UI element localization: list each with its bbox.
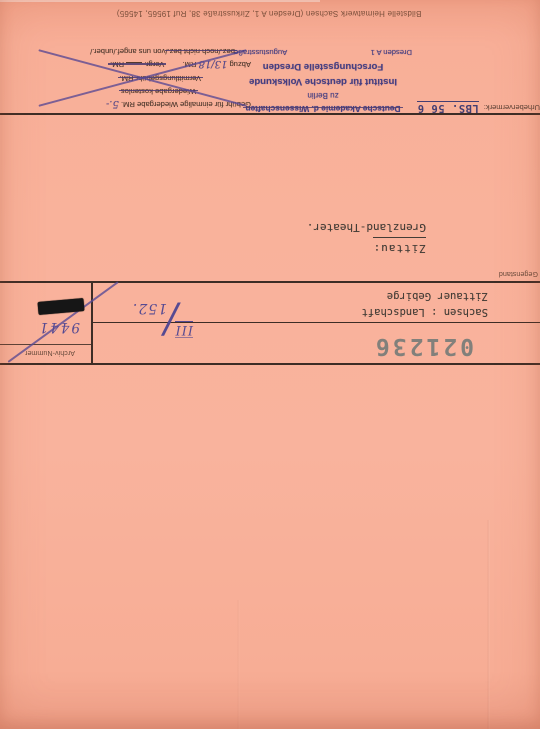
institution-stamp: Deutsche Akademie d. Wissenschaften zu B… xyxy=(232,30,414,116)
imprint-line: Bildstelle Heimatwerk Sachsen (Dresden A… xyxy=(78,6,460,21)
stamp-line-forschungsstelle: Forschungsstelle Dresden xyxy=(232,59,414,74)
cancellation-x-mark xyxy=(35,42,250,112)
subject-place: Zittau: xyxy=(373,237,426,258)
classification-block: Sachsen : Landschaft Zittauer Gebirge xyxy=(320,283,488,320)
paper-crease-left xyxy=(237,600,240,729)
divider-rule-bottom xyxy=(0,363,540,365)
imprint-line-wrapper: Bildstelle Heimatwerk Sachsen (Dresden A… xyxy=(78,6,460,21)
stamp-line-zu-berlin: zu Berlin xyxy=(232,89,414,101)
stamp-line-institut: Institut für deutsche Volkskunde xyxy=(232,74,414,89)
archive-number-stamp: 021236 xyxy=(352,327,474,359)
stamp-line-address: Dresden A 1 Augustusstraße xyxy=(232,45,414,59)
file-ref-handwritten-wrapper: III / 152. xyxy=(100,286,225,352)
scan-edge-highlight xyxy=(0,0,320,2)
stamp-city: Dresden A 1 xyxy=(371,45,412,59)
urheber-value: LBS. 56 6 xyxy=(417,101,478,114)
stamp-street: Augustusstraße xyxy=(234,45,287,59)
archiv-nummer-label: Archiv-Nummer xyxy=(10,346,90,358)
file-ref-roman: III xyxy=(175,322,193,339)
file-ref-number: 152. xyxy=(132,300,167,316)
stamp-line-akademie: Deutsche Akademie d. Wissenschaften xyxy=(232,101,414,116)
archiv-label-wrapper: Archiv-Nummer xyxy=(10,346,90,358)
subject-block: Zittau: Grenzland-Theater. xyxy=(296,212,426,258)
classification-line-2: Zittauer Gebirge xyxy=(320,288,488,304)
classification-line-1: Sachsen : Landschaft xyxy=(320,304,488,320)
subject-title: Grenzland-Theater. xyxy=(296,217,426,237)
archive-index-card: Bildstelle Heimatwerk Sachsen (Dresden A… xyxy=(0,0,540,729)
gegenstand-label-wrapper: Gegenstand xyxy=(486,266,538,279)
paper-crease-right xyxy=(487,520,490,729)
archive-number-stamp-wrapper: 021236 xyxy=(352,327,474,359)
gegenstand-label: Gegenstand xyxy=(486,266,538,279)
urheber-label: Urhebervermerk: xyxy=(484,103,540,112)
archiv-box-inner-rule xyxy=(0,344,91,345)
